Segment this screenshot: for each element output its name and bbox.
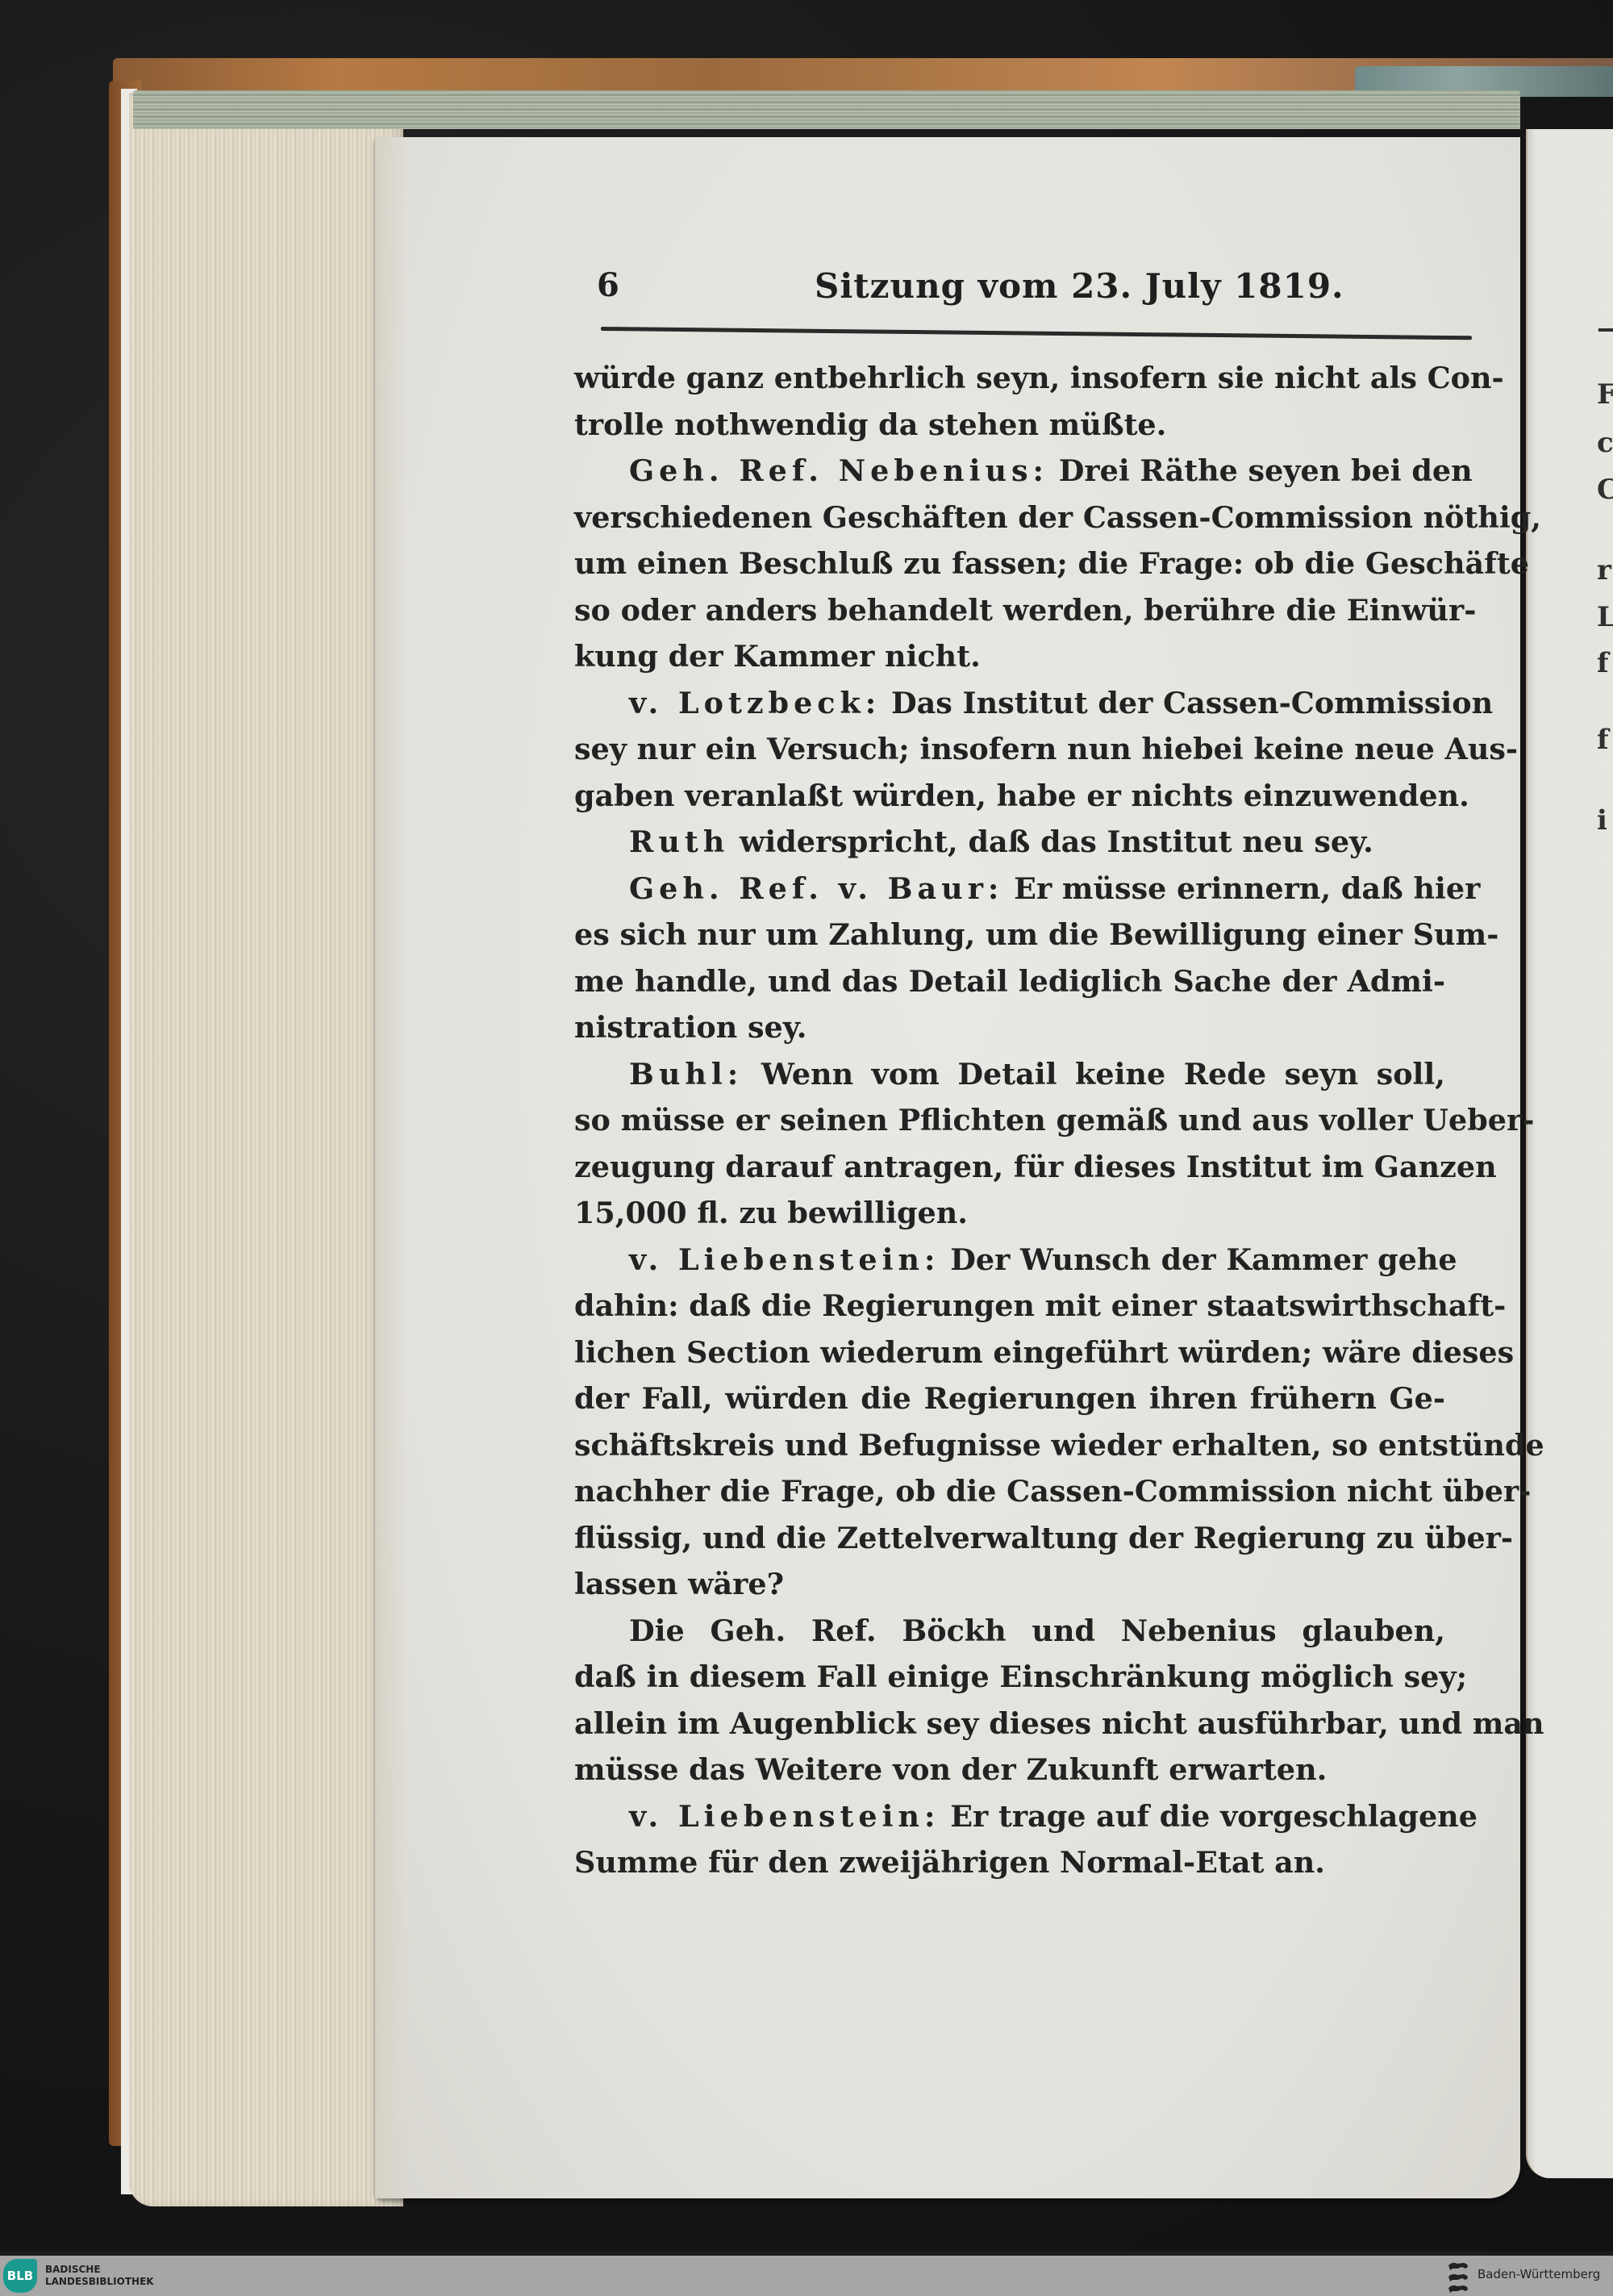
text-line: flüssig, und die Zettelverwaltung der Re… (574, 1515, 1445, 1562)
baden-wuerttemberg-label[interactable]: Baden-Württemberg (1478, 2267, 1600, 2281)
text-line: würde ganz entbehrlich seyn, insofern si… (574, 355, 1445, 402)
speaker-name: v. Liebenstein: (629, 1242, 940, 1277)
text-line: müsse das Weitere von der Zukunft erwart… (574, 1747, 1445, 1793)
three-lions-crest-icon (1446, 2259, 1470, 2294)
text-line: v. Liebenstein: Der Wunsch der Kammer ge… (574, 1237, 1445, 1284)
facing-char: i (1597, 807, 1607, 834)
text-line: Geh. Ref. Nebenius: Drei Räthe seyen bei… (574, 448, 1445, 495)
speaker-name: Die Geh. Ref. Böckh und Nebenius (629, 1613, 1277, 1648)
page-number: 6 (597, 266, 619, 304)
text-line: nistration sey. (574, 1004, 1445, 1051)
text-line: um einen Beschluß zu fassen; die Frage: … (574, 541, 1445, 587)
speaker-name: Geh. Ref. Nebenius: (629, 453, 1048, 488)
running-head: 6 Sitzung vom 23. July 1819. (597, 266, 1476, 315)
page-stack-top-edges (133, 90, 1520, 129)
text-line: so oder anders behandelt werden, berühre… (574, 587, 1445, 634)
facing-char: f (1597, 649, 1609, 677)
facing-char: f (1597, 726, 1609, 754)
blb-library-name[interactable]: BADISCHE LANDESBIBLIOTHEK (45, 2264, 154, 2288)
facing-char: C (1597, 476, 1613, 503)
text-line: der Fall, würden die Regierungen ihren f… (574, 1376, 1445, 1422)
text-line: schäftskreis und Befugnisse wieder erhal… (574, 1422, 1445, 1469)
speaker-name: Geh. Ref. v. Baur: (629, 871, 1003, 906)
text-line: so müsse er seinen Pflichten gemäß und a… (574, 1097, 1445, 1144)
speaker-name: v. Lotzbeck: (629, 686, 881, 720)
text-line: dahin: daß die Regierungen mit einer sta… (574, 1283, 1445, 1330)
text-line: Summe für den zweijährigen Normal-Etat a… (574, 1839, 1445, 1886)
page-gutter-shadow (375, 137, 407, 2198)
page-text: würde ganz entbehrlich seyn, insofern si… (574, 355, 1445, 1886)
text-line: es sich nur um Zahlung, um die Bewilligu… (574, 912, 1445, 958)
text-line: 15,000 fl. zu bewilligen. (574, 1190, 1445, 1237)
facing-char: c (1597, 429, 1613, 457)
facing-char: F (1597, 381, 1613, 408)
text-line: trolle nothwendig da stehen müßte. (574, 402, 1445, 449)
blb-logo-icon[interactable]: BLB (3, 2259, 37, 2293)
text-line: v. Lotzbeck: Das Institut der Cassen-Com… (574, 680, 1445, 727)
text-line: sey nur ein Versuch; insofern nun hiebei… (574, 726, 1445, 773)
text-line: me handle, und das Detail lediglich Sach… (574, 958, 1445, 1005)
text-line: Die Geh. Ref. Böckh und Nebenius glauben… (574, 1608, 1445, 1655)
text-line: nachher die Frage, ob die Cassen-Commiss… (574, 1468, 1445, 1515)
text-line: zeugung darauf antragen, für dieses Inst… (574, 1144, 1445, 1191)
text-line: verschiedenen Geschäften der Cassen-Comm… (574, 495, 1445, 541)
speaker-name: v. Liebenstein: (629, 1799, 940, 1834)
text-line: Buhl: Wenn vom Detail keine Rede seyn so… (574, 1051, 1445, 1098)
text-line: kung der Kammer nicht. (574, 633, 1445, 680)
facing-char: r (1597, 557, 1611, 584)
running-title: Sitzung vom 23. July 1819. (815, 266, 1344, 306)
page-stack-edges (129, 93, 403, 2206)
facing-char: — (1597, 315, 1613, 342)
blb-name-line2: LANDESBIBLIOTHEK (45, 2276, 154, 2288)
text-line: lassen wäre? (574, 1561, 1445, 1608)
speaker-name: Buhl: (629, 1057, 743, 1092)
text-line: gaben veranlaßt würden, habe er nichts e… (574, 773, 1445, 820)
text-line: lichen Section wiederum eingeführt würde… (574, 1330, 1445, 1376)
text-line: Geh. Ref. v. Baur: Er müsse erinnern, da… (574, 866, 1445, 912)
footer-bar (0, 2256, 1613, 2296)
facing-char: L (1597, 603, 1613, 631)
blb-name-line1: BADISCHE (45, 2264, 154, 2276)
text-line: v. Liebenstein: Er trage auf die vorgesc… (574, 1793, 1445, 1840)
text-line: Ruth widerspricht, daß das Institut neu … (574, 819, 1445, 866)
text-line: allein im Augenblick sey dieses nicht au… (574, 1701, 1445, 1747)
speaker-name: Ruth (629, 824, 729, 859)
text-line: daß in diesem Fall einige Einschränkung … (574, 1654, 1445, 1701)
